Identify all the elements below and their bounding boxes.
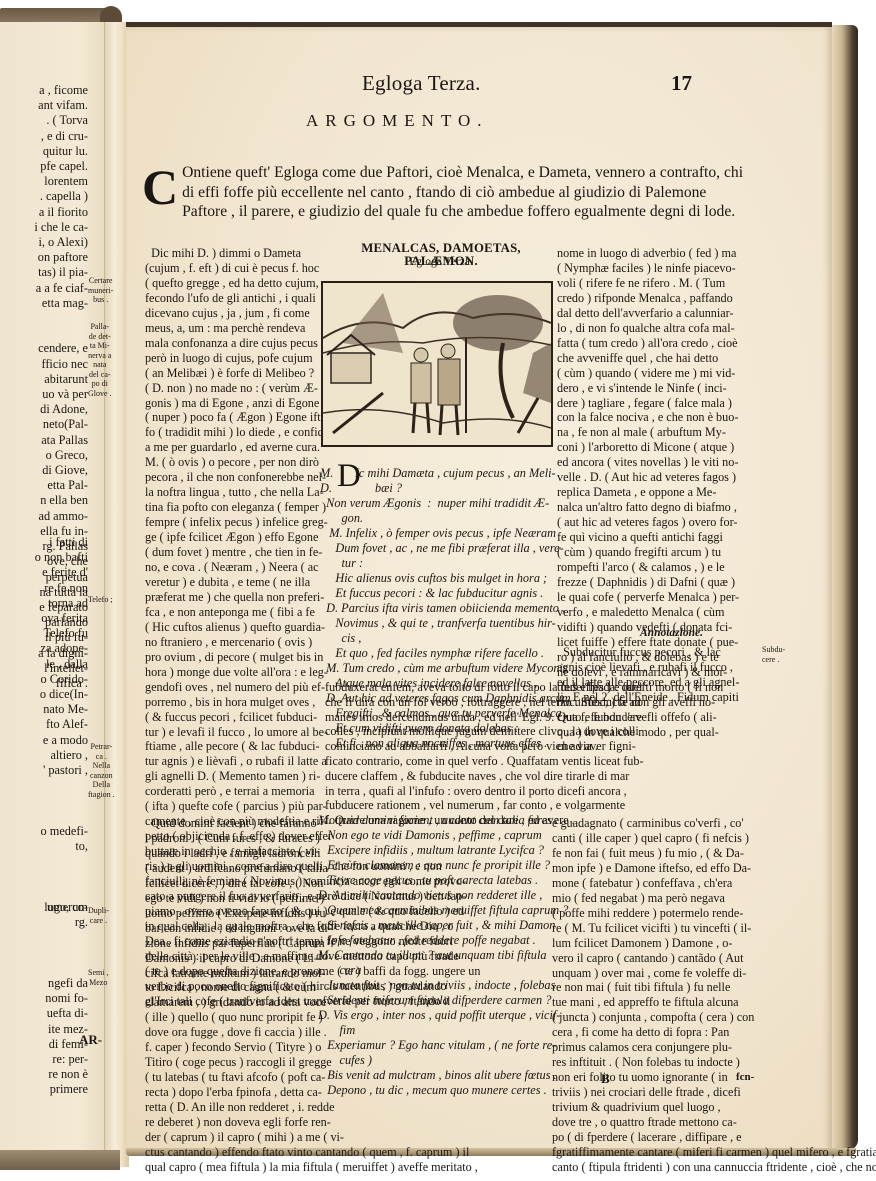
woodcut-image-icon	[323, 283, 551, 445]
left-margin-note: Petrar- ca . Nella canzon Della ftagion …	[88, 742, 115, 799]
annotation-continuation: fubduxerat enfem, aveva tolto di fotto i…	[325, 680, 644, 828]
argument-text: Ontiene queft' Egloga come due Paftori, …	[182, 164, 743, 220]
left-margin-note: Telefo ;	[88, 595, 113, 605]
left-margin-note: Palla- de det- ta Mi- nerva a nata del c…	[88, 322, 112, 398]
catchword: fcn-	[736, 1071, 754, 1083]
verse-block-2: M. Quid domini facient , audent cum tali…	[318, 813, 568, 1098]
verse-header-subtitle: Egloga Terza.	[327, 256, 555, 268]
left-margin-note: Dupli- care .	[88, 906, 109, 925]
signature-mark: B	[601, 1071, 610, 1087]
drop-cap: C	[142, 166, 178, 208]
left-page-text-middle: i fatti di o non bafti e ferite d' re fe…	[35, 535, 88, 915]
running-head: Egloga Terza.	[362, 71, 481, 96]
left-page-catchword: AR-	[79, 1032, 102, 1048]
page-number: 17	[671, 71, 692, 96]
annotation-title: Annotazione.	[640, 627, 703, 639]
argument-paragraph: COntiene queft' Egloga come due Paftori,…	[142, 163, 752, 222]
right-margin-note: Subdu- cere .	[762, 645, 785, 664]
book-cover-bottom	[0, 1150, 120, 1170]
woodcut-illustration	[321, 281, 553, 447]
commentary-right-bottom: e guadagnato ( carminibus co'verfi , co'…	[552, 816, 876, 1175]
left-page-text-lower: umerum rg. ngefi da nomi fo- uefta di- i…	[45, 900, 88, 1098]
section-title: ARGOMENTO.	[306, 111, 489, 131]
left-margin-note: Certare muneri- bus .	[88, 276, 113, 305]
left-margin-note: Semi , Mezo	[88, 968, 108, 987]
